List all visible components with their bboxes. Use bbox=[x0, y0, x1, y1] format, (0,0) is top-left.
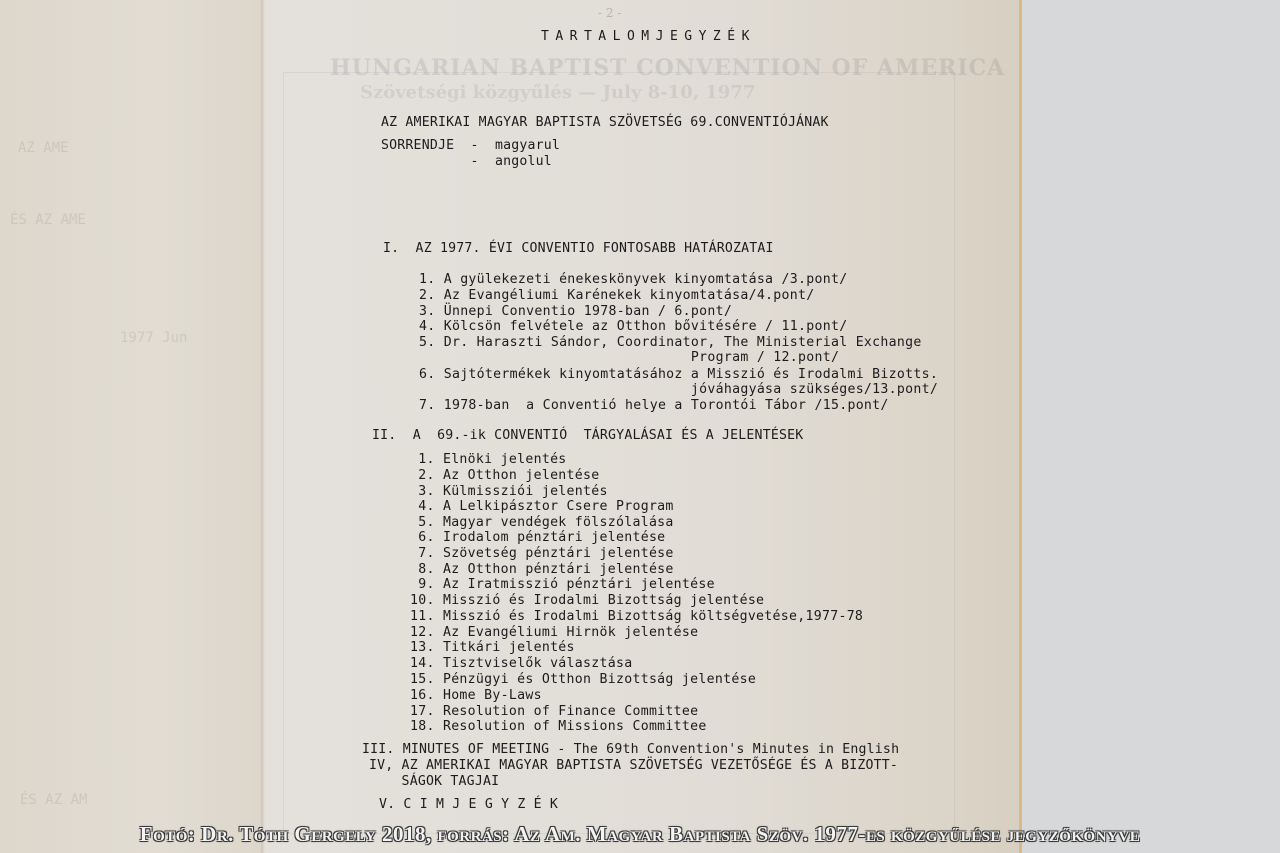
list-item: 3. Külmissziói jelentés bbox=[410, 484, 608, 499]
list-item: 1. A gyülekezeti énekeskönyvek kinyomtat… bbox=[419, 272, 847, 287]
intro-line: SORRENDJE - magyarul bbox=[381, 138, 560, 154]
list-item: 4. A Lelkipásztor Csere Program bbox=[410, 499, 674, 514]
section-heading-IV-cont: SÁGOK TAGJAI bbox=[369, 774, 499, 790]
ghost-text: AZ AME bbox=[18, 140, 69, 156]
list-item: 6. Irodalom pénztári jelentése bbox=[410, 530, 665, 545]
ghost-text: ÉS AZ AME bbox=[10, 212, 86, 228]
list-item: 2. Az Otthon jelentése bbox=[410, 468, 600, 483]
list-item: 17. Resolution of Finance Committee bbox=[410, 704, 698, 719]
list-item: 3. Ünnepi Conventio 1978-ban / 6.pont/ bbox=[419, 304, 732, 319]
list-item: 14. Tisztviselők választása bbox=[410, 656, 632, 671]
ghost-text: 1977 Jun bbox=[120, 330, 187, 346]
section-heading-IV: IV, AZ AMERIKAI MAGYAR BAPTISTA SZÖVETSÉ… bbox=[369, 758, 898, 774]
list-item: 5. Dr. Haraszti Sándor, Coordinator, The… bbox=[419, 335, 922, 350]
list-item: 11. Misszió és Irodalmi Bizottság költsé… bbox=[410, 609, 863, 624]
page-edge bbox=[1019, 0, 1022, 853]
section-heading-V: V. C I M J E G Y Z É K bbox=[379, 797, 558, 813]
list-item: 18. Resolution of Missions Committee bbox=[410, 719, 707, 734]
list-item: 7. 1978-ban a Conventió helye a Torontói… bbox=[419, 398, 889, 413]
list-item: Program / 12.pont/ bbox=[419, 350, 839, 365]
section-heading-III: III. MINUTES OF MEETING - The 69th Conve… bbox=[362, 742, 899, 758]
bleed-through-subtitle: Szövetségi közgyűlés — July 8-10, 1977 bbox=[360, 82, 755, 103]
list-item: 8. Az Otthon pénztári jelentése bbox=[410, 562, 674, 577]
document-title: TARTALOMJEGYZÉK bbox=[541, 29, 756, 45]
list-item: 2. Az Evangéliumi Karénekek kinyomtatása… bbox=[419, 288, 815, 303]
list-item: 9. Az Iratmisszió pénztári jelentése bbox=[410, 577, 715, 592]
left-page: AZ AME ÉS AZ AME 1977 Jun ÉS AZ AM bbox=[0, 0, 263, 853]
bleed-through-title: HUNGARIAN BAPTIST CONVENTION OF AMERICA bbox=[330, 55, 950, 81]
list-item: 12. Az Evangéliumi Hirnök jelentése bbox=[410, 625, 698, 640]
list-item: 5. Magyar vendégek fölszólalása bbox=[410, 515, 674, 530]
list-item: 10. Misszió és Irodalmi Bizottság jelent… bbox=[410, 593, 764, 608]
list-item: 6. Sajtótermékek kinyomtatásához a Missz… bbox=[419, 367, 938, 382]
photo-caption: Fotó: Dr. Tóth Gergely 2018, forrás: Az … bbox=[0, 815, 1280, 853]
list-item: 15. Pénzügyi és Otthon Bizottság jelenté… bbox=[410, 672, 756, 687]
list-item: 4. Kölcsön felvétele az Otthon bővitésér… bbox=[419, 319, 847, 334]
list-item: 13. Titkári jelentés bbox=[410, 640, 575, 655]
section-heading-I: I. AZ 1977. ÉVI CONVENTIO FONTOSABB HATÁ… bbox=[383, 241, 774, 257]
ghost-text: ÉS AZ AM bbox=[20, 792, 87, 808]
intro-line: AZ AMERIKAI MAGYAR BAPTISTA SZÖVETSÉG 69… bbox=[381, 115, 829, 131]
intro-line: - angolul bbox=[381, 154, 552, 170]
page-number: - 2 - bbox=[598, 6, 621, 20]
list-item: jóváhagyása szükséges/13.pont/ bbox=[419, 382, 938, 397]
list-item: 7. Szövetség pénztári jelentése bbox=[410, 546, 674, 561]
list-item: 16. Home By-Laws bbox=[410, 688, 542, 703]
list-item: 1. Elnöki jelentés bbox=[410, 452, 567, 467]
section-heading-II: II. A 69.-ik CONVENTIÓ TÁRGYALÁSAI ÉS A … bbox=[372, 428, 803, 444]
